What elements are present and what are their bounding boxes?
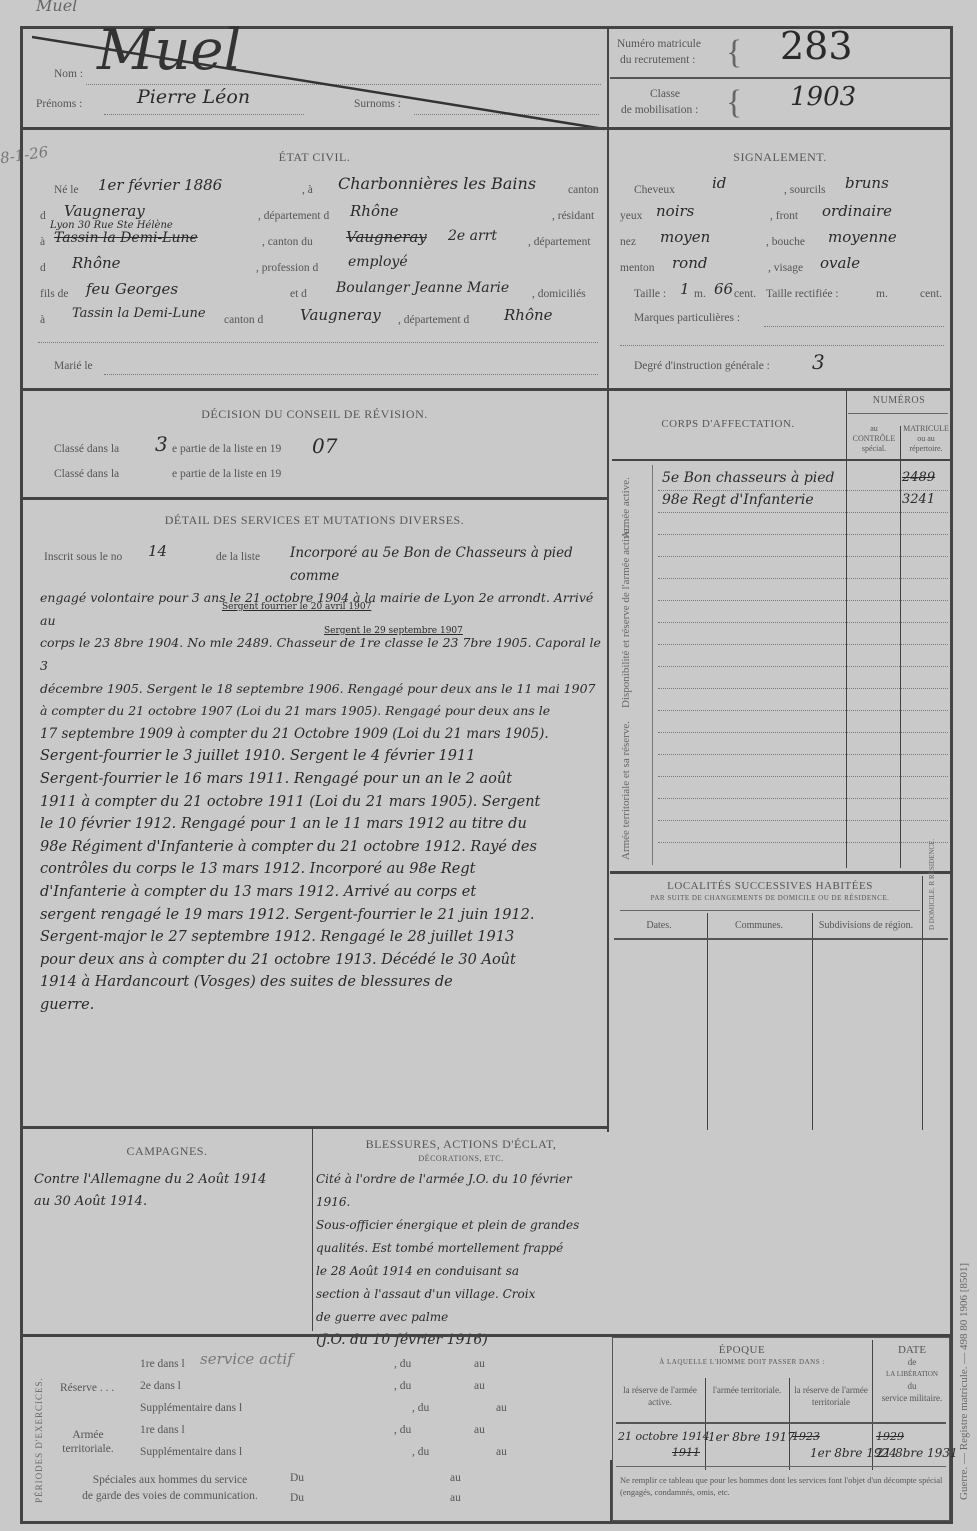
taille-rect-cm-label: cent. [920,288,942,300]
canton2-value: 2e arrt [448,228,497,244]
departement3-label: , département d [398,314,469,326]
footer-vertical: Guerre. — Registre matricule. — 498 80 1… [958,1263,970,1500]
periode-du: , du [394,1358,411,1370]
date-lib: LA LIBÉRATION [874,1368,950,1380]
canton-label: canton [568,184,599,196]
campagnes-title: CAMPAGNES. [22,1144,312,1159]
speciales-au: au [450,1472,461,1484]
services-line: contrôles du corps le 13 mars 1912. Inco… [40,858,606,881]
taille-m-label: m. [694,288,706,300]
numero-label-1: Numéro matricule [617,38,701,50]
column-divider [607,28,609,1132]
services-line: 1911 à compter du 21 octobre 1911 (Loi d… [40,791,606,814]
epoque-val3-struck: 1923 [792,1430,820,1443]
epoque-col2: l'armée territoriale. [708,1384,786,1396]
services-line: Sergent-fourrier le 16 mars 1911. Rengag… [40,768,606,791]
col-communes: Communes. [708,920,810,931]
territoriale-label: Armée territoriale. [54,1428,122,1456]
row2-label-a: Classé dans la [54,468,119,480]
periode-du: , du [412,1446,429,1458]
blessures-subtitle: DÉCORATIONS, ETC. [314,1154,608,1163]
cheveux-label: Cheveux [634,184,675,196]
periode-label: Supplémentaire dans l [140,1446,242,1458]
col-subdivisions: Subdivisions de région. [812,920,920,931]
date-service: service militaire. [874,1392,950,1404]
mere-value: Boulanger Jeanne Marie [336,280,509,296]
canton3-value: Vaugneray [300,306,381,324]
canton-value: Vaugneray [64,202,145,220]
marques-label: Marques particulières : [634,312,740,324]
epoque-val4-struck: 1929 [876,1430,904,1443]
services-title: DÉTAIL DES SERVICES ET MUTATIONS DIVERSE… [22,513,607,528]
brace: { [726,34,742,72]
numero-value: 283 [780,24,853,68]
col-dates: Dates. [612,920,706,931]
date-title: DATE [874,1344,950,1356]
periode-au: au [496,1402,507,1414]
profession-value: employé [348,254,408,270]
blessures-line: section à l'assaut d'un village. Croix [316,1283,606,1306]
periode-au: au [474,1358,485,1370]
d1-label: d [40,210,46,222]
periode-label: Supplémentaire dans l [140,1402,242,1414]
epoque-note: Ne remplir ce tableau que pour les homme… [620,1474,946,1498]
row1-year: 07 [312,434,337,458]
services-line: d'Infanterie à compter du 13 mars 1912. … [40,881,606,904]
services-line: Sergent-fourrier le 3 juillet 1910. Serg… [40,745,606,768]
matricule-value: 3241 [902,492,935,507]
row2-label-b: e partie de la liste en 19 [172,468,281,480]
corps-value: 98e Regt d'Infanterie [662,492,814,508]
speciales-du: Du [290,1492,304,1504]
epoque-title: ÉPOQUE [614,1344,870,1356]
col-matricule: MATRICULE ou au répertoire. [902,424,950,454]
sourcils-value: bruns [845,174,889,192]
bouche-label: , bouche [766,236,805,248]
classe-value: 1903 [790,82,856,112]
services-line: 98e Régiment d'Infanterie à compter du 2… [40,836,606,859]
epoque-val4: 21 8bre 1931 [876,1446,958,1460]
etat-civil-title: ÉTAT CIVIL. [22,150,607,165]
row1-label-b: e partie de la liste en 19 [172,443,281,455]
services-line: décembre 1905. Sergent le 18 septembre 1… [40,678,606,701]
yeux-value: noirs [656,202,694,220]
blessures-line: de guerre avec palme [316,1306,606,1329]
strike-line [32,33,612,133]
taille-label: Taille : [634,288,666,300]
services-line: Sergent-major le 27 septembre 1912. Reng… [40,926,606,949]
periode-au: au [474,1380,485,1392]
date-du: du [874,1380,950,1392]
blessures-line: qualités. Est tombé mortellement frappé [316,1237,606,1260]
front-value: ordinaire [822,202,892,220]
services-text: Incorporé au 5e Bon de Chasseurs à pied … [40,542,606,1016]
services-line: pour deux ans à compter du 21 octobre 19… [40,949,606,972]
services-line: engagé volontaire pour 3 ans le 21 octob… [40,587,606,632]
taille-rect-label: Taille rectifiée : [766,288,839,300]
blessures-line: Sous-officier énergique et plein de gran… [316,1214,606,1237]
localites-subtitle: PAR SUITE DE CHANGEMENTS DE DOMICILE OU … [612,894,928,902]
front-label: , front [770,210,798,222]
blessures-text: Cité à l'ordre de l'armée J.O. du 10 fév… [316,1168,606,1352]
group-territoriale: Armée territoriale et sa réserve. [620,730,633,860]
classe-label-1: Classe [650,88,680,100]
a3-label: à [40,314,45,326]
blessures-title: BLESSURES, ACTIONS D'ÉCLAT, [314,1137,608,1152]
numero-label-2: du recrutement : [620,54,695,66]
speciales-du: Du [290,1472,304,1484]
a2-label: à [40,236,45,248]
services-line: corps le 23 8bre 1904. No mle 2489. Chas… [40,632,606,677]
classe-label-2: de mobilisation : [621,104,698,116]
margin-name: Muel [36,0,77,15]
residant-label: , résidant [552,210,594,222]
divider [22,1126,607,1129]
taille-cm-label: cent. [734,288,756,300]
nez-value: moyen [660,228,710,246]
epoque-col3: la réserve de l'armée territoriale [792,1384,870,1408]
row1-label-a: Classé dans la [54,443,119,455]
degre-value: 3 [812,350,825,374]
campagnes-line: au 30 Août 1914. [34,1194,147,1209]
localites-title: LOCALITÉS SUCCESSIVES HABITÉES [612,880,928,892]
speciales-au: au [450,1492,461,1504]
signalement-title: SIGNALEMENT. [610,150,950,165]
blessures-line: Cité à l'ordre de l'armée J.O. du 10 fév… [316,1168,606,1214]
blessures-line: le 28 Août 1914 en conduisant sa [316,1260,606,1283]
services-line: Incorporé au 5e Bon de Chasseurs à pied … [40,542,606,587]
reserve-label: Réserve . . . [60,1382,114,1394]
a-label: , à [302,184,313,196]
divider [22,497,607,500]
fils-label: fils de [40,288,68,300]
marie-label: Marié le [54,360,93,372]
departement2-value: Rhône [72,254,121,272]
speciales-label: Spéciales aux hommes du service de garde… [60,1472,280,1504]
epoque-col1: la réserve de l'armée active. [618,1384,702,1408]
periodes-side-label: PÉRIODES D'EXERCICES. [34,1370,44,1510]
taille-rect-m-label: m. [876,288,888,300]
services-line: à compter du 21 octobre 1907 (Loi du 21 … [40,700,606,723]
col-dr: D DOMICILE. R RÉSIDENCE. [928,872,936,930]
periode-label: 1re dans l [140,1358,185,1370]
date-de: de [874,1356,950,1368]
group-disponibilite: Disponibilité et réserve de l'armée acti… [620,553,633,708]
pere-value: feu Georges [86,280,178,298]
epoque-subtitle: À LAQUELLE L'HOMME DOIT PASSER DANS : [614,1358,870,1366]
services-line: 17 septembre 1909 à compter du 21 Octobr… [40,723,606,746]
services-line: guerre. [40,994,606,1017]
services-line: sergent rengagé le 19 mars 1912. Sergent… [40,904,606,927]
nez-label: nez [620,236,636,248]
speciales-line: Spéciales aux hommes du service [60,1472,280,1488]
col-controle: au CONTRÔLE spécial. [848,424,900,454]
services-line: 1914 à Hardancourt (Vosges) des suites d… [40,971,606,994]
row1-partie: 3 [155,432,168,456]
menton-value: rond [672,254,707,272]
divider [22,388,950,391]
periode-label: 2e dans l [140,1380,181,1392]
profession-label: , profession d [256,262,318,274]
periode-du: , du [394,1424,411,1436]
departement2-label: , département [528,236,591,248]
date-liberation: DATE de LA LIBÉRATION du service militai… [874,1344,950,1404]
yeux-label: yeux [620,210,642,222]
periode-du: , du [394,1380,411,1392]
canton3-label: canton d [224,314,263,326]
taille-m: 1 [680,280,690,298]
ne-le-value: 1er février 1886 [98,176,222,194]
matricule-value: 2489 [902,470,935,485]
periode-au: au [474,1424,485,1436]
degre-label: Degré d'instruction générale : [634,360,770,372]
sourcils-label: , sourcils [784,184,826,196]
epoque-val1: 21 octobre 1914 [618,1430,710,1443]
periode-du: , du [412,1402,429,1414]
ne-le-label: Né le [54,184,79,196]
departement3-value: Rhône [504,306,553,324]
epoque-val2: 1er 8bre 1917 [708,1430,795,1444]
speciales-line: de garde des voies de communication. [60,1488,280,1504]
corps-value: 5e Bon chasseurs à pied [662,470,835,486]
et-label: et d [290,288,307,300]
bouche-value: moyenne [828,228,897,246]
divider [22,127,950,130]
departement-value: Rhône [350,202,399,220]
canton2-label: , canton du [262,236,313,248]
epoque-val1-struck: 1911 [672,1446,700,1459]
periode-value: service actif [200,1350,293,1368]
menton-label: menton [620,262,655,274]
departement-label: , département d [258,210,329,222]
decision-title: DÉCISION DU CONSEIL DE RÉVISION. [22,407,607,422]
residence-struck: Tassin la Demi-Lune [54,230,198,246]
lieu-naissance: Charbonnières les Bains [338,174,536,193]
periode-au: au [496,1446,507,1458]
numeros-title: NUMÉROS [846,395,952,406]
corps-title: CORPS D'AFFECTATION. [612,418,844,430]
blessures-line: (J.O. du 10 février 1916) [316,1329,606,1352]
identity-section: Nom : Muel Prénoms : Pierre Léon Surnoms… [22,28,607,128]
visage-value: ovale [820,254,860,272]
domicile-value: Tassin la Demi-Lune [72,306,206,321]
canton2-struck: Vaugneray [346,228,427,246]
cheveux-value: id [712,174,726,192]
brace: { [726,84,742,122]
periode-label: 1re dans l [140,1424,185,1436]
visage-label: , visage [768,262,803,274]
d2-label: d [40,262,46,274]
services-line: le 10 février 1912. Rengagé pour 1 an le… [40,813,606,836]
taille-cm: 66 [714,280,733,298]
campagnes-line: Contre l'Allemagne du 2 Août 1914 [34,1172,266,1187]
domicilies-label: , domiciliés [532,288,586,300]
